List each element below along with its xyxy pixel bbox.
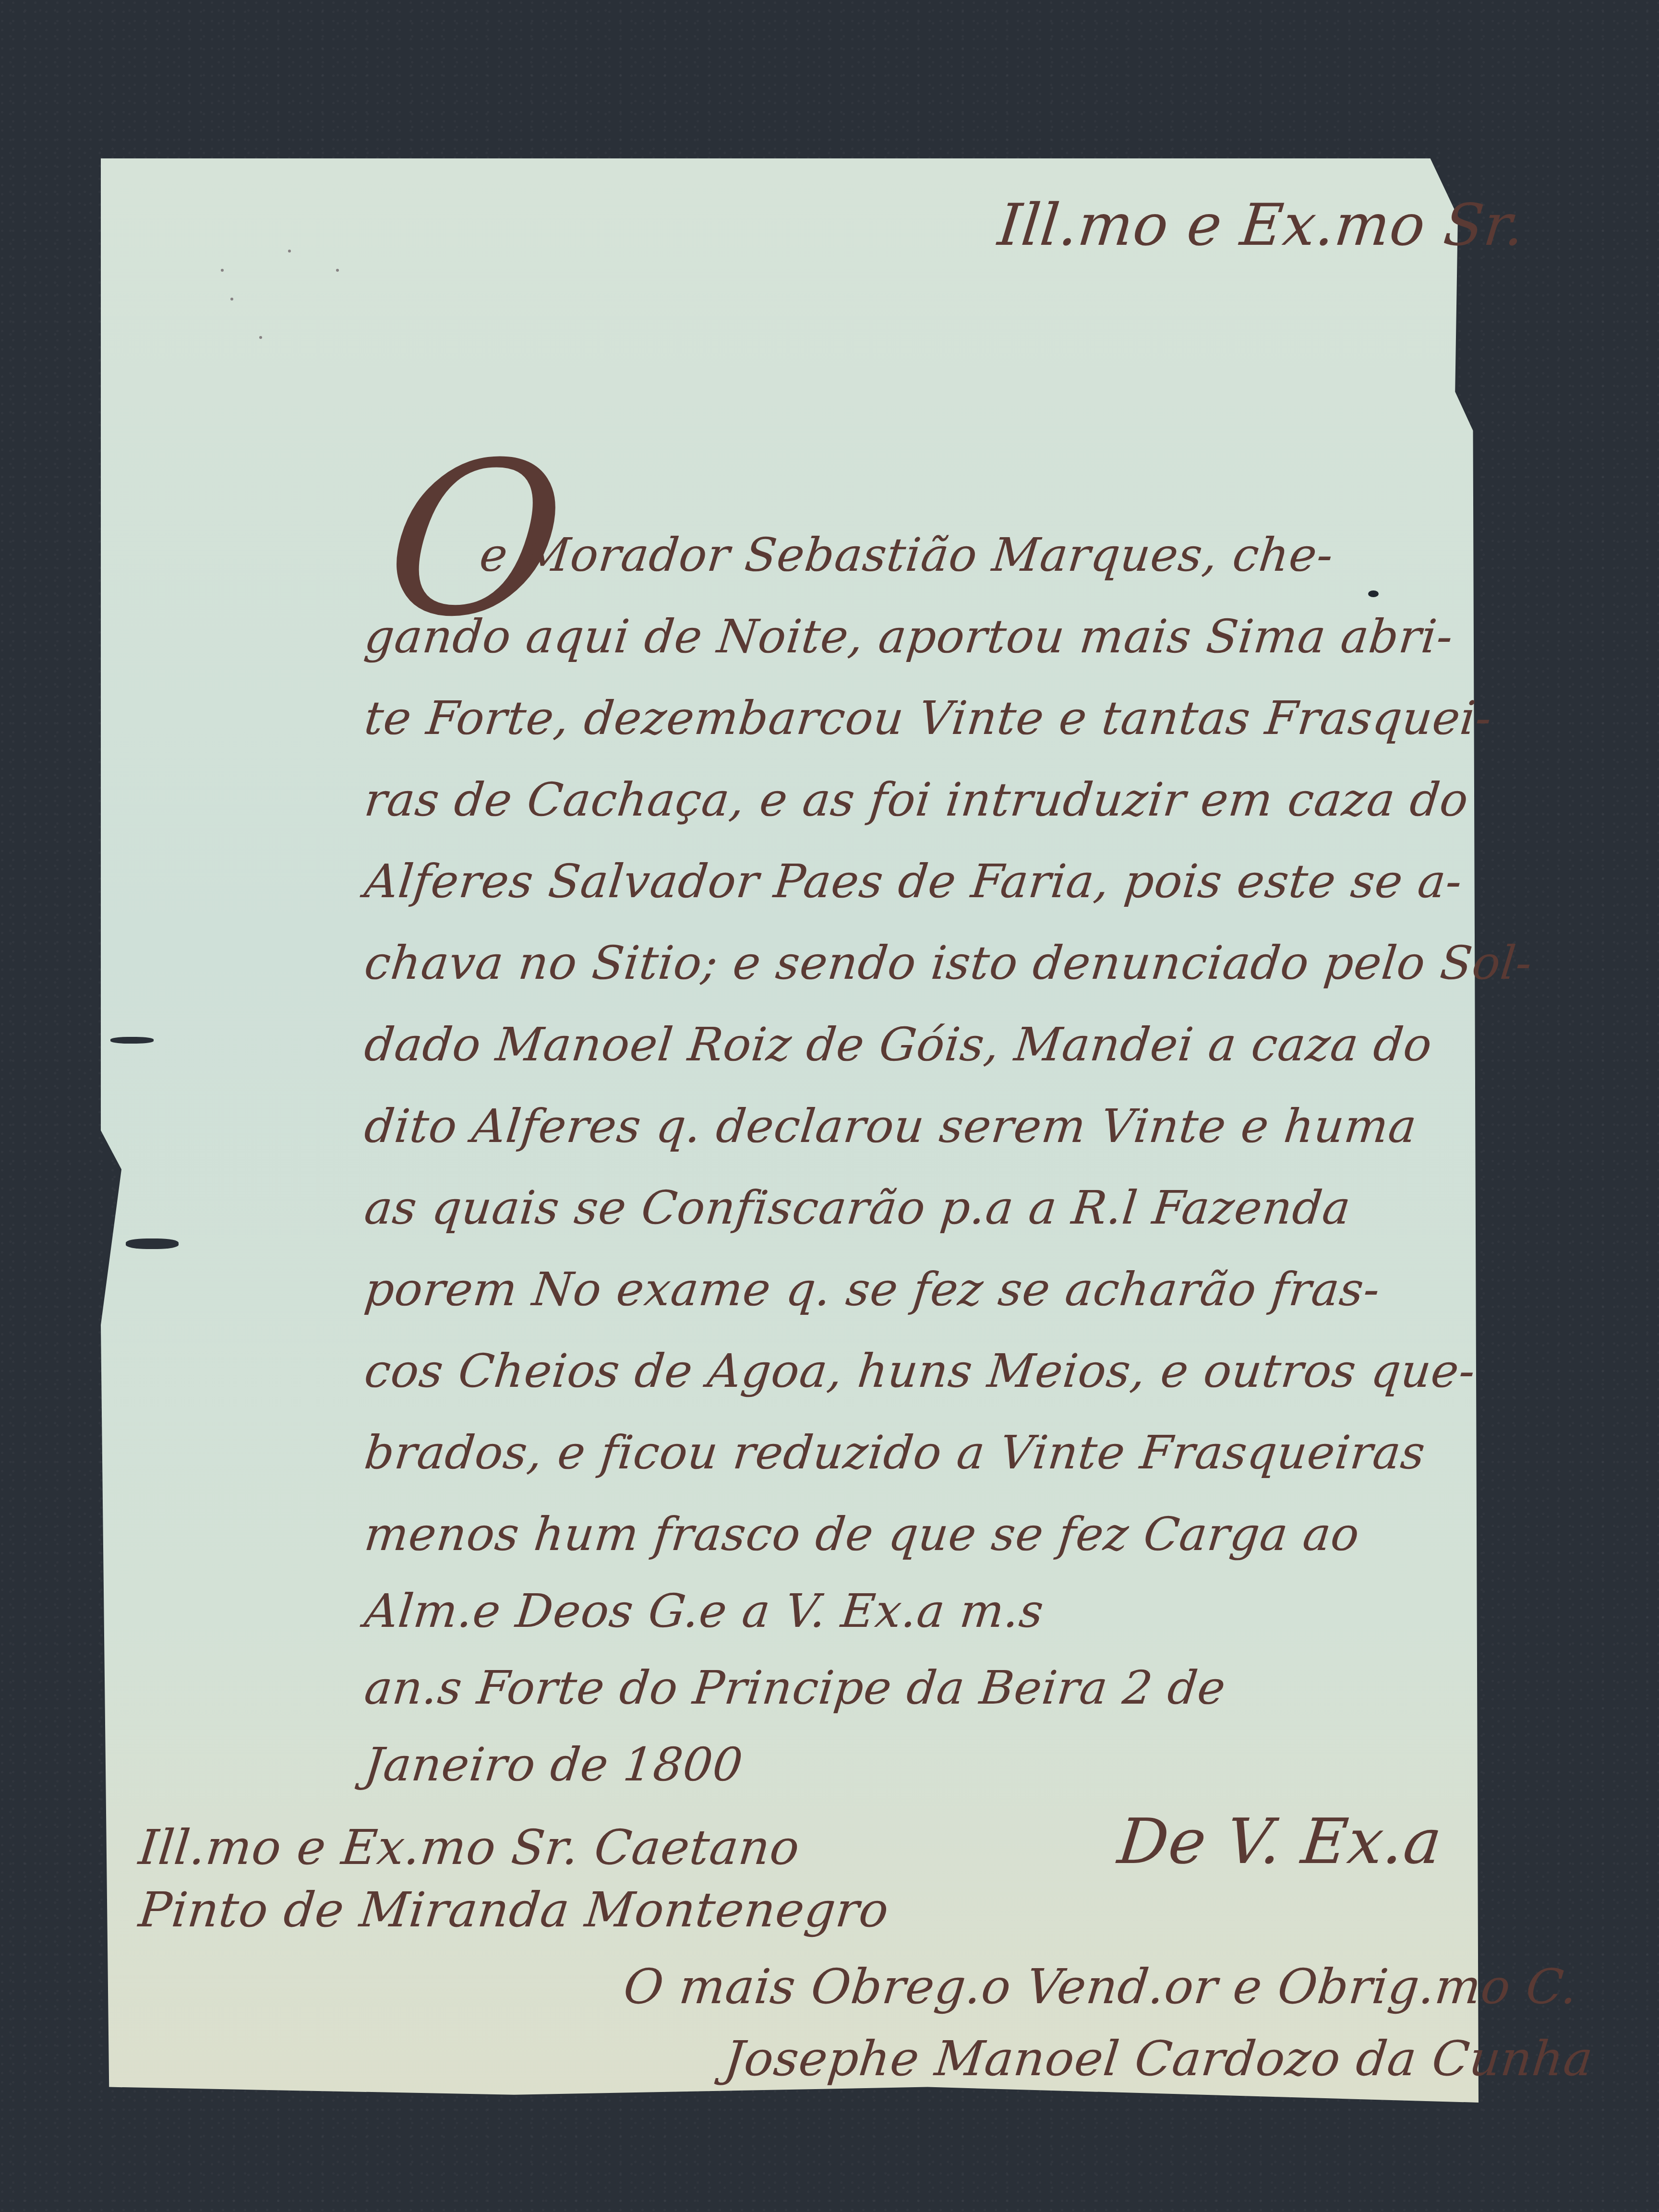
paper-speck	[230, 298, 233, 301]
closing-initials: De V. Ex.a	[1115, 1805, 1445, 1878]
body-line-5: Alferes Salvador Paes de Faria, pois est…	[362, 854, 1465, 908]
body-line-8: dito Alferes q. declarou serem Vinte e h…	[362, 1099, 1419, 1153]
paper-speck	[288, 250, 291, 252]
body-line-13: menos hum frasco de que se fez Carga ao	[362, 1507, 1362, 1561]
body-line-14: Alm.e Deos G.e a V. Ex.a m.s	[362, 1584, 1046, 1638]
paper-speck	[259, 336, 262, 339]
signature-name: Josephe Manoel Cardozo da Cunha	[722, 2031, 1596, 2087]
paper-speck	[336, 269, 339, 272]
salutation: Ill.mo e Ex.mo Sr.	[995, 192, 1528, 259]
valediction: O mais Obreg.o Vend.or e Obrig.mo C.	[621, 1959, 1581, 2015]
body-line-16-date: Janeiro de 1800	[362, 1738, 745, 1791]
body-line-2: gando aqui de Noite, aportou mais Sima a…	[362, 610, 1455, 663]
body-line-12: brados, e ficou reduzido a Vinte Frasque…	[362, 1426, 1428, 1479]
body-line-7: dado Manoel Roiz de Góis, Mandei a caza …	[362, 1018, 1435, 1071]
paper-tear	[110, 1037, 154, 1044]
body-line-6: chava no Sitio; e sendo isto denunciado …	[362, 936, 1535, 990]
ink-blot	[1368, 590, 1379, 597]
body-line-15: an.s Forte do Principe da Beira 2 de	[362, 1661, 1228, 1715]
body-line-1: e Morador Sebastião Marques, che-	[477, 528, 1336, 582]
paper-speck	[221, 269, 224, 272]
body-line-4: ras de Cachaça, e as foi intruduzir em c…	[362, 773, 1471, 827]
body-line-11: cos Cheios de Agoa, huns Meios, e outros…	[362, 1344, 1478, 1398]
paper-hole	[126, 1238, 179, 1249]
addressee-line-2: Pinto de Miranda Montenegro	[136, 1882, 892, 1938]
addressee-line-1: Ill.mo e Ex.mo Sr. Caetano	[136, 1819, 803, 1875]
body-line-9: as quais se Confiscarão p.a a R.l Fazend…	[362, 1181, 1353, 1235]
body-line-10: porem No exame q. se fez se acharão fras…	[362, 1262, 1382, 1316]
body-line-3: te Forte, dezembarcou Vinte e tantas Fra…	[362, 691, 1494, 745]
